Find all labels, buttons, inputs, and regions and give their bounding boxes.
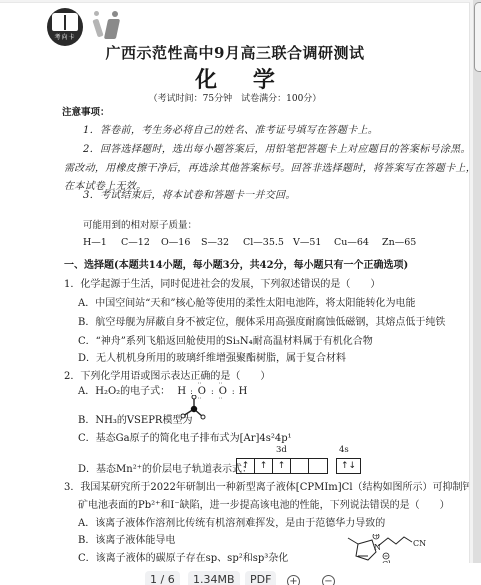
q2-option-a: A．H₂O₂的电子式： H : O : O : H <box>78 385 247 398</box>
mass-zn: Zn—65 <box>382 237 416 248</box>
notice-1: 1．答卷前，考生务必将自己的姓名、准考证号填写在答题卡上。 <box>83 124 378 137</box>
mass-cl: Cl—35.5 <box>243 237 293 248</box>
nitrogen-label: N <box>374 543 381 552</box>
zoom-in-icon[interactable]: + <box>287 575 300 585</box>
people-figures-icon <box>92 11 124 41</box>
orbital-box: ↑ <box>237 459 255 473</box>
q3-option-c: C．该离子液体的碳原子存在sp、sp²和sp³杂化 <box>78 552 288 563</box>
orbital-box <box>291 459 309 473</box>
orbital-box <box>309 459 327 473</box>
lewis-h2: H <box>239 385 248 398</box>
mass-c: C—12 <box>121 237 161 248</box>
q2-option-d: D．基态Mn²⁺的价层电子轨道表示式： <box>78 463 252 476</box>
scrollbar-thumb[interactable] <box>474 2 481 72</box>
orbital-box: ↑ <box>255 459 273 473</box>
q1-option-c: C．“神舟”系列飞船返回舱使用的Si₃N₄耐高温材料属于有机化合物 <box>78 335 373 348</box>
orbital-label-4s: 4s <box>339 445 349 455</box>
pdf-viewer: 考向卡 广西示范性高中9月高三联合调研测试 化 学 （考试时间：75分钟 试卷满… <box>0 0 481 563</box>
orbital-box: ↑ <box>273 459 291 473</box>
zoom-out-icon[interactable]: − <box>322 575 335 585</box>
exam-info: （考试时间：75分钟 试卷满分：100分） <box>0 91 470 104</box>
orbital-4s-box: ↑↓ <box>336 458 361 474</box>
mass-v: V—51 <box>293 237 334 248</box>
file-size-badge: 1.34MB <box>188 571 240 585</box>
scrollbar-track[interactable] <box>473 0 481 563</box>
q2-option-a-label: A．H₂O₂的电子式： <box>78 386 170 397</box>
q1-stem: 1．化学起源于生活，同时促进社会的发展，下列叙述错误的是（ ） <box>64 278 380 291</box>
section-heading: 一、选择题(本题共14小题，每小题3分，共42分，每小题只有一个正确选项) <box>64 259 408 272</box>
q1-option-a: A．中国空间站“天和”核心舱等使用的柔性太阳电池阵，将太阳能转化为电能 <box>78 297 415 310</box>
page-indicator: 1 / 6 <box>145 571 180 585</box>
cpmim-cl-structure-icon: + N CN Cl <box>346 534 461 563</box>
pdf-page: 考向卡 广西示范性高中9月高三联合调研测试 化 学 （考试时间：75分钟 试卷满… <box>0 2 470 563</box>
file-type-badge: PDF <box>245 571 276 585</box>
notice-heading: 注意事项： <box>62 106 110 119</box>
subject-title: 化 学 <box>0 63 470 94</box>
q3-option-a: A．该离子液体作溶剂比传统有机溶剂难挥发，是由于范德华力导致的 <box>78 517 385 530</box>
orbital-3d-boxes: ↑ ↑ ↑ <box>236 458 328 474</box>
q3-stem-line1: 3．我国某研究所于2022年研制出一种新型离子液体[CPMIm]Cl（结构如图所… <box>64 481 470 494</box>
mass-cu: Cu—64 <box>334 237 382 248</box>
logo-text: 考向卡 <box>49 32 81 41</box>
mass-s: S—32 <box>201 237 243 248</box>
nitrile-label: CN <box>413 539 426 548</box>
atomic-masses-list: H—1 C—12 O—16 S—32 Cl—35.5 V—51 Cu—64 Zn… <box>83 237 416 248</box>
logo-badge-icon: 考向卡 <box>47 8 83 46</box>
q3-stem-line2: 矿电池表面的Pb²⁺和I⁻缺陷，进一步提高该电池的性能，下列说法错误的是（ ） <box>78 499 450 512</box>
mass-h: H—1 <box>83 237 121 248</box>
q2-option-b: B．NH₃的VSEPR模型为 <box>78 414 192 427</box>
masses-heading: 可能用到的相对原子质量： <box>83 219 197 232</box>
notice-2: 2．回答选择题时，选出每小题答案后，用铅笔把答题卡上对应题目的答案标号涂黑。如 <box>83 143 470 156</box>
mass-o: O—16 <box>161 237 201 248</box>
orbital-box: ↑↓ <box>337 459 360 473</box>
notice-2-cont: 需改动，用橡皮擦干净后，再选涂其他答案标号。回答非选择题时，将答案写在答题卡上，… <box>64 162 470 175</box>
q3-option-b: B．该离子液体能导电 <box>78 534 175 547</box>
exam-title: 广西示范性高中9月高三联合调研测试 <box>0 42 470 63</box>
notice-3: 3．考试结束后，将本试卷和答题卡一并交回。 <box>83 189 296 202</box>
book-icon <box>52 13 78 31</box>
q1-option-d: D．无人机机身所用的玻璃纤维增强聚酯树脂，属于复合材料 <box>78 352 346 365</box>
q1-option-b: B．航空母舰为屏蔽自身不被定位，舰体采用高强度耐腐蚀低磁钢，其熔点低于纯铁 <box>78 316 445 329</box>
viewer-toolbar: 1 / 6 1.34MB PDF + − <box>0 563 481 585</box>
nh3-vsepr-model-icon <box>180 395 220 425</box>
cation-charge: + <box>374 534 379 540</box>
orbital-label-3d: 3d <box>276 445 287 455</box>
q2-option-c: C．基态Ga原子的简化电子排布式为[Ar]4s²4p¹ <box>78 432 292 445</box>
q2-stem: 2．下列化学用语或图示表达正确的是（ ） <box>64 370 270 383</box>
